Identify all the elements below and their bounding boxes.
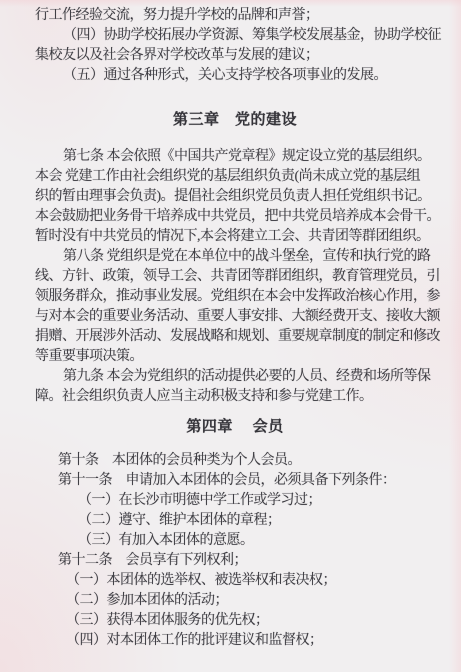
document-line: 第八条 党组织是党在本单位中的战斗堡垒，宣传和执行党的路 [35, 247, 435, 267]
chapter-4-heading: 第四章 会员 [35, 417, 435, 437]
document-line: 织的暂由理事会负责)。提倡社会组织党员负责人担任党组织书记。 [35, 187, 435, 207]
document-line: 第十一条 申请加入本团体的会员，必须具备下列条件： [35, 471, 435, 491]
document-line: 捐赠、开展涉外活动、发展战略和规划、重要规章制度的制定和修改 [35, 327, 435, 347]
document-line: 本会鼓励把业务骨干培养成中共党员，把中共党员培养成本会骨干。 [35, 207, 435, 227]
document-line: 与对本会的重要业务活动、重要人事安排、大额经费开支、接收大额 [35, 307, 435, 327]
document-line: 第七条 本会依照《中国共产党章程》规定设立党的基层组织。 [35, 147, 435, 167]
document-line: 暂时没有中共党员的情况下,本会将建立工会、共青团等群团组织。 [35, 227, 435, 247]
document-line: 线、方针、政策，领导工会、共青团等群团组织，教育管理党员，引 [35, 267, 435, 287]
document-line: 第十二条 会员享有下列权利； [35, 551, 435, 571]
document-line: 领服务群众，推动事业发展。党组织在本会中发挥政治核心作用，参 [35, 287, 435, 307]
document-line: 等重要事项决策。 [35, 347, 435, 367]
document-line: （四）协助学校拓展办学资源、筹集学校发展基金，协助学校征 [35, 26, 435, 46]
document-line: 第十条 本团体的会员种类为个人会员。 [35, 451, 435, 471]
document-line: 障。社会组织负责人应当主动积极支持和参与党建工作。 [35, 387, 435, 407]
document-line: （五）通过各种形式，关心支持学校各项事业的发展。 [35, 66, 435, 86]
document-line: 第九条 本会为党组织的活动提供必要的人员、经费和场所等保 [35, 367, 435, 387]
document-line: （一）在长沙市明德中学工作或学习过； [35, 491, 435, 511]
document-line: 集校友以及社会各界对学校改革与发展的建议； [35, 46, 435, 66]
document-line: （三）有加入本团体的意愿。 [35, 531, 435, 551]
document-line: （二）参加本团体的活动； [35, 591, 435, 611]
document-line: 本会 党建工作由社会组织党的基层组织负责(尚未成立党的基层组 [35, 167, 435, 187]
chapter-3-heading: 第三章 党的建设 [35, 110, 435, 130]
scanned-document-page: 行工作经验交流，努力提升学校的品牌和声誉； （四）协助学校拓展办学资源、筹集学校… [0, 0, 461, 672]
document-line: 行工作经验交流，努力提升学校的品牌和声誉； [35, 6, 435, 26]
document-line: （三）获得本团体服务的优先权； [35, 611, 435, 631]
document-line: （二）遵守、维护本团体的章程； [35, 511, 435, 531]
document-line: （四）对本团体工作的批评建议和监督权； [35, 631, 435, 651]
document-line: （一）本团体的选举权、被选举权和表决权； [35, 571, 435, 591]
